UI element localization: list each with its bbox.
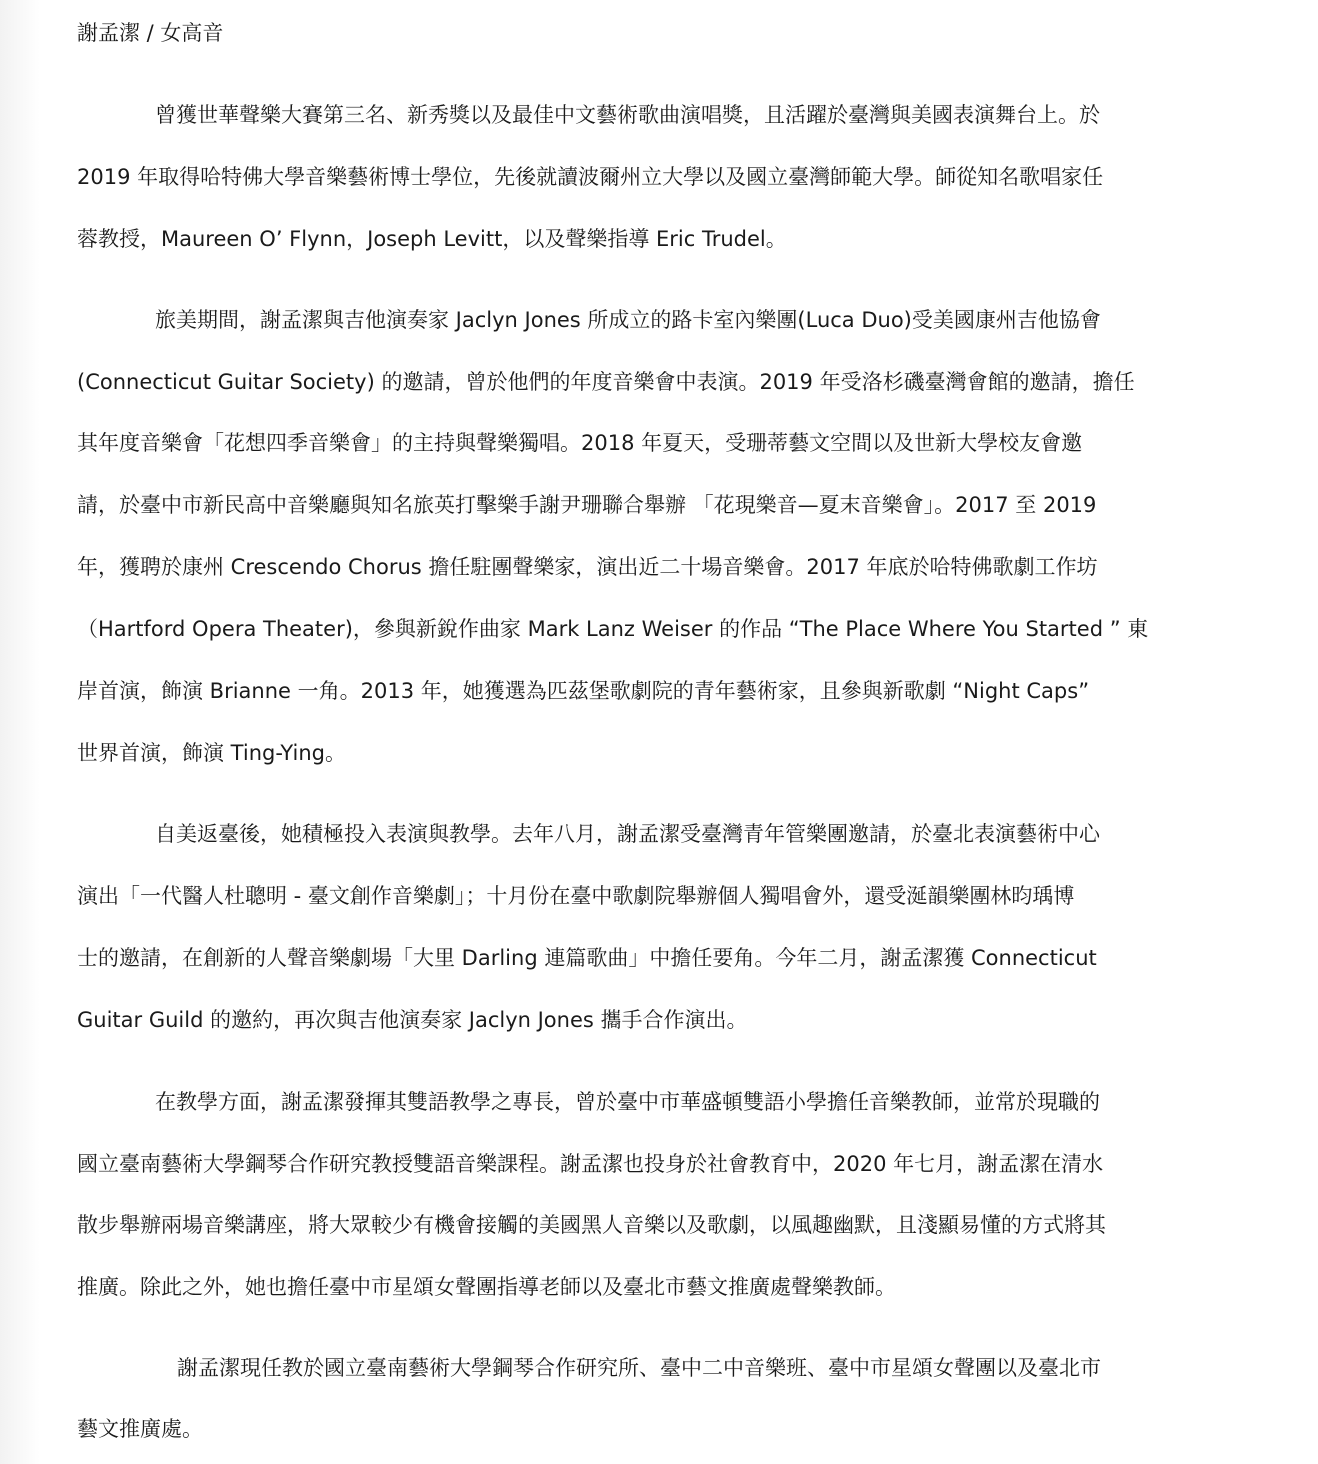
paragraph-line: 其年度音樂會「花想四季音樂會」的主持與聲樂獨唱。2018 年夏天，受珊蒂藝文空間… (77, 428, 1082, 458)
page-edge-shadow (0, 0, 40, 1464)
paragraph-line: 演出「一代醫人杜聰明 - 臺文創作音樂劇」；十月份在臺中歌劇院舉辦個人獨唱會外，… (77, 881, 1074, 911)
paragraph-line: 國立臺南藝術大學鋼琴合作研究教授雙語音樂課程。謝孟潔也投身於社會教育中，2020… (77, 1149, 1103, 1179)
paragraph-line: 2019 年取得哈特佛大學音樂藝術博士學位，先後就讀波爾州立大學以及國立臺灣師範… (77, 162, 1103, 192)
paragraph-line: (Connecticut Guitar Society) 的邀請，曾於他們的年度… (77, 367, 1135, 397)
paragraph-line: Guitar Guild 的邀約，再次與吉他演奏家 Jaclyn Jones 攜… (77, 1005, 748, 1035)
paragraph-line: 岸首演，飾演 Brianne 一角。2013 年，她獲選為匹茲堡歌劇院的青年藝術… (77, 676, 1089, 706)
paragraph-line: 散步舉辦兩場音樂講座，將大眾較少有機會接觸的美國黑人音樂以及歌劇，以風趣幽默，且… (77, 1210, 1106, 1240)
paragraph-line: 藝文推廣處。 (77, 1414, 203, 1444)
paragraph-line: 謝孟潔現任教於國立臺南藝術大學鋼琴合作研究所、臺中二中音樂班、臺中市星頌女聲團以… (177, 1353, 1101, 1383)
paragraph-line: 推廣。除此之外，她也擔任臺中市星頌女聲團指導老師以及臺北市藝文推廣處聲樂教師。 (77, 1272, 896, 1302)
paragraph-line: 旅美期間，謝孟潔與吉他演奏家 Jaclyn Jones 所成立的路卡室內樂團(L… (155, 305, 1101, 335)
document-title: 謝孟潔 / 女高音 (77, 18, 223, 48)
paragraph-line: 自美返臺後，她積極投入表演與教學。去年八月，謝孟潔受臺灣青年管樂團邀請，於臺北表… (155, 819, 1100, 849)
paragraph-line: 曾獲世華聲樂大賽第三名、新秀獎以及最佳中文藝術歌曲演唱獎，且活躍於臺灣與美國表演… (155, 100, 1100, 130)
paragraph-line: （Hartford Opera Theater)，參與新銳作曲家 Mark La… (77, 614, 1148, 644)
paragraph-line: 士的邀請，在創新的人聲音樂劇場「大里 Darling 連篇歌曲」中擔任要角。今年… (77, 943, 1097, 973)
paragraph-line: 在教學方面，謝孟潔發揮其雙語教學之專長，曾於臺中市華盛頓雙語小學擔任音樂教師，並… (155, 1087, 1100, 1117)
paragraph-line: 請，於臺中市新民高中音樂廳與知名旅英打擊樂手謝尹珊聯合舉辦 「花現樂音—夏末音樂… (77, 490, 1096, 520)
paragraph-line: 年，獲聘於康州 Crescendo Chorus 擔任駐團聲樂家，演出近二十場音… (77, 552, 1098, 582)
paragraph-line: 世界首演，飾演 Ting-Ying。 (77, 738, 346, 768)
paragraph-line: 蓉教授，Maureen O’ Flynn，Joseph Levitt，以及聲樂指… (77, 224, 787, 254)
